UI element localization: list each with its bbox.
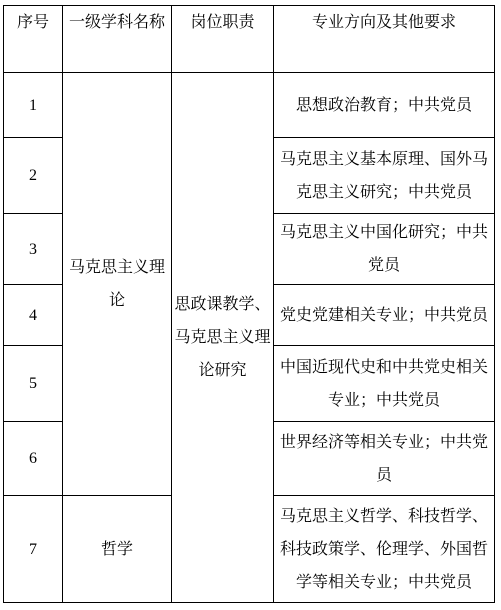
serial-number-cell: 4 (4, 285, 63, 346)
requirement-cell: 马克思主义哲学、科技哲学、科技政策学、伦理学、外国哲学等相关专业；中共党员 (274, 496, 495, 603)
requirement-cell: 中国近现代史和中共党史相关专业；中共党员 (274, 346, 495, 422)
serial-number-cell: 7 (4, 496, 63, 603)
table-row: 1 马克思主义理论 思政课教学、马克思主义理论研究 思想政治教育；中共党员 (4, 73, 495, 138)
serial-number-cell: 2 (4, 138, 63, 214)
header-job-duty: 岗位职责 (172, 6, 274, 73)
requirement-cell: 党史党建相关专业；中共党员 (274, 285, 495, 346)
requirement-cell: 马克思主义基本原理、国外马克思主义研究；中共党员 (274, 138, 495, 214)
header-major-requirements: 专业方向及其他要求 (274, 6, 495, 73)
serial-number-cell: 1 (4, 73, 63, 138)
recruitment-table: 序号 一级学科名称 岗位职责 专业方向及其他要求 1 马克思主义理论 思政课教学… (3, 5, 495, 603)
requirement-cell: 思想政治教育；中共党员 (274, 73, 495, 138)
requirement-cell: 马克思主义中国化研究；中共党员 (274, 214, 495, 285)
header-row: 序号 一级学科名称 岗位职责 专业方向及其他要求 (4, 6, 495, 73)
discipline-cell-philosophy: 哲学 (63, 496, 172, 603)
requirement-cell: 世界经济等相关专业；中共党员 (274, 422, 495, 496)
page: 序号 一级学科名称 岗位职责 专业方向及其他要求 1 马克思主义理论 思政课教学… (0, 0, 501, 610)
discipline-cell-marxism-theory: 马克思主义理论 (63, 73, 172, 496)
header-serial-number: 序号 (4, 6, 63, 73)
serial-number-cell: 3 (4, 214, 63, 285)
duty-cell: 思政课教学、马克思主义理论研究 (172, 73, 274, 603)
serial-number-cell: 5 (4, 346, 63, 422)
serial-number-cell: 6 (4, 422, 63, 496)
header-discipline-name: 一级学科名称 (63, 6, 172, 73)
